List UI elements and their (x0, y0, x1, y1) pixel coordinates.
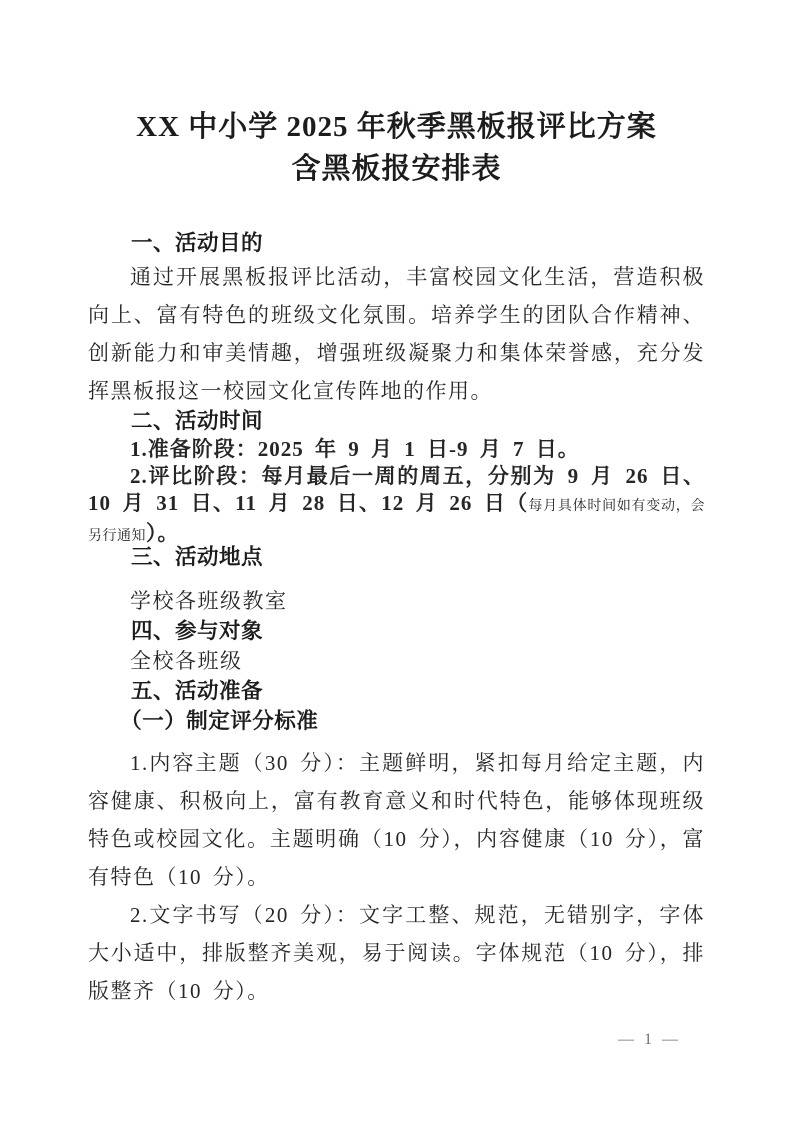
page-number: — 1 — (618, 1031, 681, 1049)
criteria-item-content-theme: 1.内容主题（30 分）：主题鲜明，紧扣每月给定主题，内容健康、积极向上，富有教… (88, 744, 705, 896)
section-time-heading: 二、活动时间 (88, 406, 705, 436)
time-item-preparation: 1.准备阶段：2025 年 9 月 1 日-9 月 7 日。 (88, 436, 705, 463)
time-item-evaluation: 2.评比阶段：每月最后一周的周五，分别为 9 月 26 日、10 月 31 日、… (88, 463, 705, 550)
section-location-heading: 三、活动地点 (88, 542, 705, 572)
section-purpose-heading: 一、活动目的 (88, 228, 705, 258)
title-line-1: XX 中小学 2025 年秋季黑板报评比方案 (88, 106, 705, 148)
section-participants-body: 全校各班级 (88, 646, 705, 676)
section-participants-heading: 四、参与对象 (88, 616, 705, 646)
section-location-body: 学校各班级教室 (88, 586, 705, 616)
document-title: XX 中小学 2025 年秋季黑板报评比方案 含黑板报安排表 (88, 106, 705, 190)
title-line-2: 含黑板报安排表 (88, 148, 705, 190)
document-page: XX 中小学 2025 年秋季黑板报评比方案 含黑板报安排表 一、活动目的 通过… (0, 0, 793, 1122)
criteria-item-handwriting: 2.文字书写（20 分）：文字工整、规范，无错别字，字体大小适中，排版整齐美观，… (88, 896, 705, 1010)
section-preparation-heading: 五、活动准备 (88, 676, 705, 706)
section-purpose-body: 通过开展黑板报评比活动，丰富校园文化生活，营造积极向上、富有特色的班级文化氛围。… (88, 258, 705, 410)
section-preparation-subheading: （一）制定评分标准 (88, 706, 705, 736)
